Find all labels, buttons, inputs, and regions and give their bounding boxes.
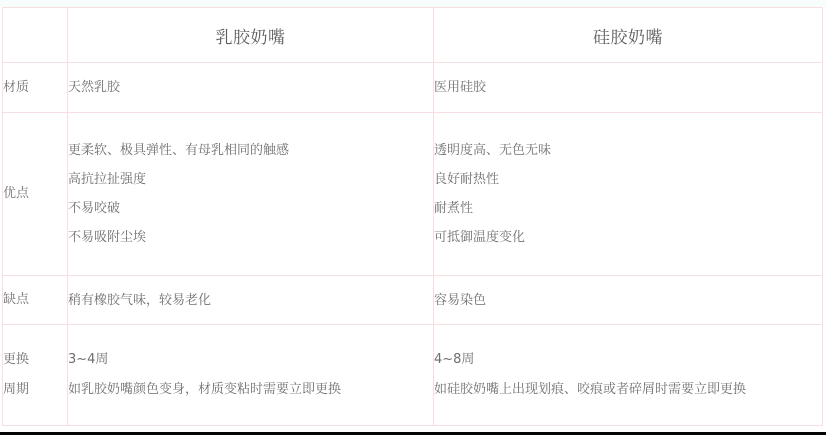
table-row-material: 材质 天然乳胶 医用硅胶 [3,63,823,113]
page: 乳胶奶嘴 硅胶奶嘴 材质 天然乳胶 医用硅胶 优点 更柔软、极具弹性、有母乳相同… [0,0,826,432]
cell-silicone-advantages: 透明度高、无色无味 良好耐热性 耐煮性 可抵御温度变化 [434,113,823,276]
cell-silicone-disadvantages: 容易染色 [434,276,823,325]
cell-silicone-material: 医用硅胶 [434,63,823,113]
cell-latex-advantages: 更柔软、极具弹性、有母乳相同的触感 高抗拉扯强度 不易咬破 不易吸附尘埃 [68,113,434,276]
cell-text: 稍有橡胶气味，较易老化 [68,286,433,315]
cycle-note: 如硅胶奶嘴上出现划痕、咬痕或者碎屑时需要立即更换 [434,375,822,405]
list-item: 不易吸附尘埃 [68,223,433,252]
cell-latex-disadvantages: 稍有橡胶气味，较易老化 [68,276,434,325]
top-strip [0,0,826,7]
row-label-advantages: 优点 [3,113,68,276]
cycle-duration: 4~8周 [434,345,822,375]
row-label-disadvantages: 缺点 [3,276,68,325]
header-row: 乳胶奶嘴 硅胶奶嘴 [3,8,823,63]
label-line: 周期 [3,378,67,402]
header-corner [3,8,68,63]
cell-latex-replacement-cycle: 3~4周 如乳胶奶嘴颜色变身，材质变粘时需要立即更换 [68,325,434,426]
cycle-duration: 3~4周 [68,345,433,375]
nipple-comparison-table: 乳胶奶嘴 硅胶奶嘴 材质 天然乳胶 医用硅胶 优点 更柔软、极具弹性、有母乳相同… [2,7,823,426]
list-item: 高抗拉扯强度 [68,165,433,194]
list-item: 耐煮性 [434,194,822,223]
row-label-replacement-cycle: 更换 周期 [3,325,68,426]
list-item: 不易咬破 [68,194,433,223]
cycle-note: 如乳胶奶嘴颜色变身，材质变粘时需要立即更换 [68,375,433,405]
list-item: 可抵御温度变化 [434,223,822,252]
header-latex-nipple: 乳胶奶嘴 [68,8,434,63]
header-silicone-nipple: 硅胶奶嘴 [434,8,823,63]
cell-latex-material: 天然乳胶 [68,63,434,113]
label-line: 更换 [3,348,67,372]
cell-text: 天然乳胶 [68,73,433,102]
table-row-disadvantages: 缺点 稍有橡胶气味，较易老化 容易染色 [3,276,823,325]
list-item: 良好耐热性 [434,165,822,194]
cell-silicone-replacement-cycle: 4~8周 如硅胶奶嘴上出现划痕、咬痕或者碎屑时需要立即更换 [434,325,823,426]
table-row-replacement-cycle: 更换 周期 3~4周 如乳胶奶嘴颜色变身，材质变粘时需要立即更换 4~8周 如硅… [3,325,823,426]
table-row-advantages: 优点 更柔软、极具弹性、有母乳相同的触感 高抗拉扯强度 不易咬破 不易吸附尘埃 … [3,113,823,276]
row-label-material: 材质 [3,63,68,113]
list-item: 透明度高、无色无味 [434,136,822,165]
cell-text: 医用硅胶 [434,73,822,102]
cell-text: 容易染色 [434,286,822,315]
list-item: 更柔软、极具弹性、有母乳相同的触感 [68,136,433,165]
